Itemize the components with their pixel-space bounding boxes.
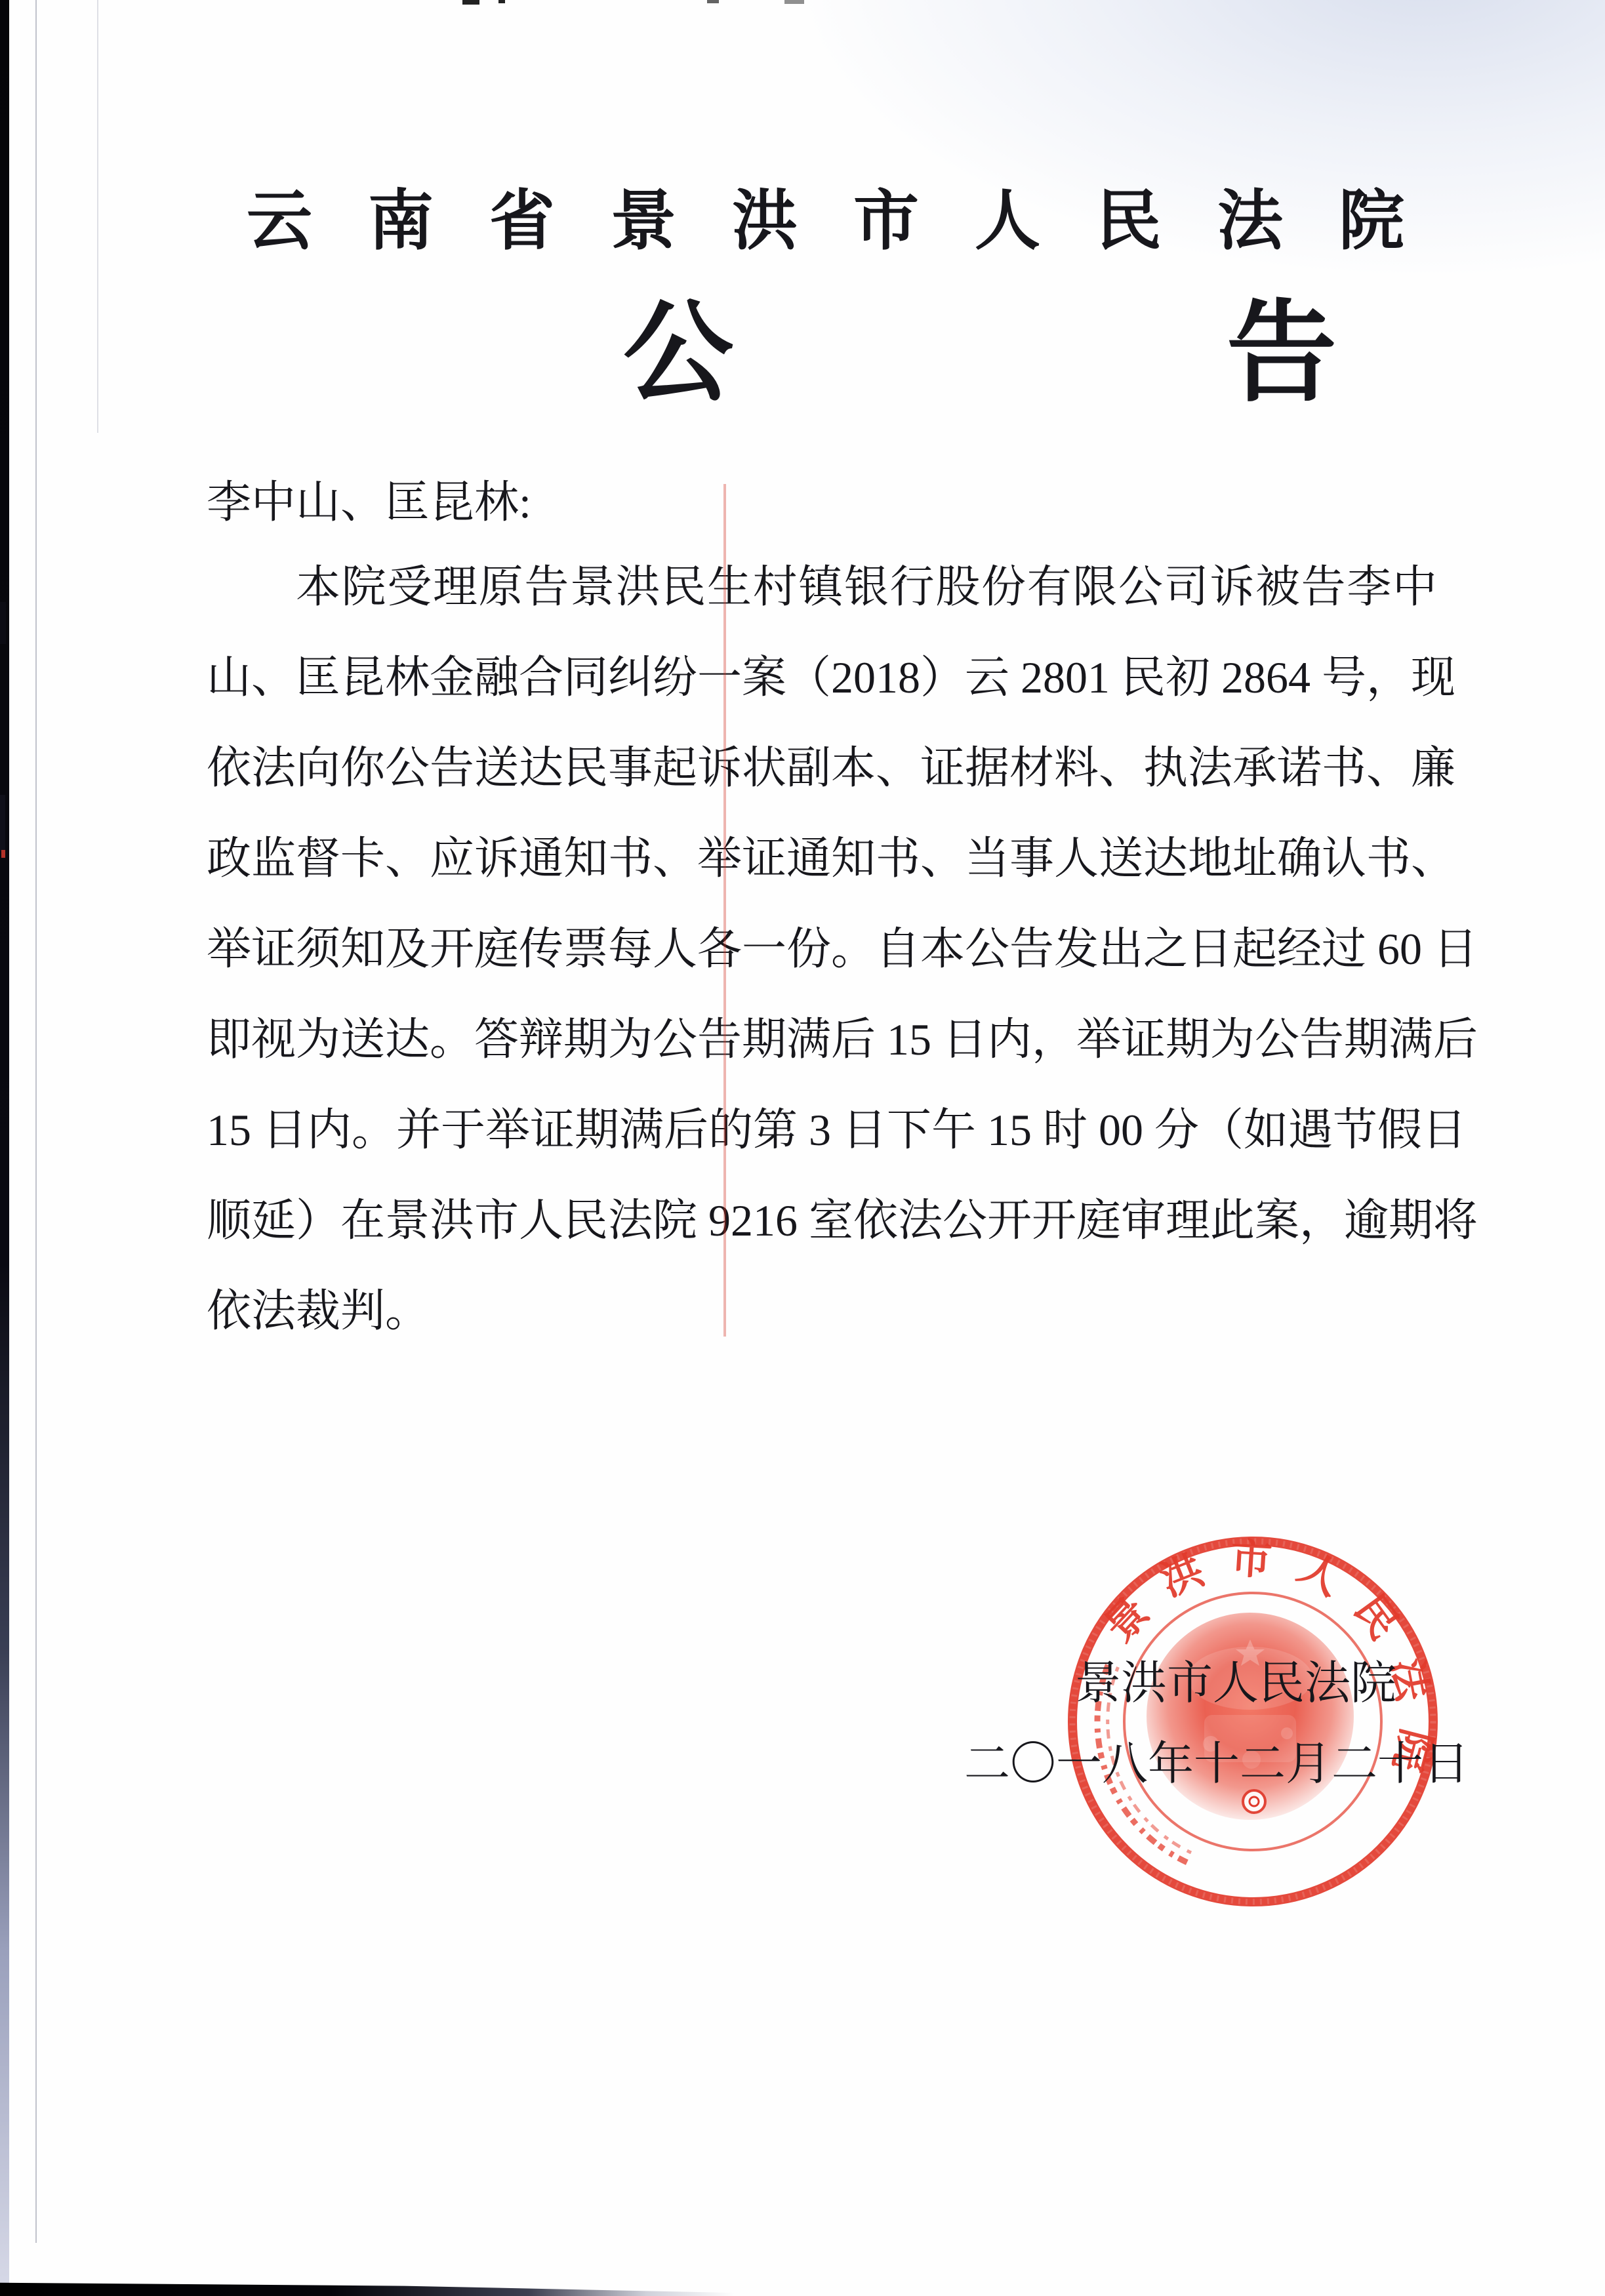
scan-speck xyxy=(707,0,719,3)
official-court-seal: 景洪市人民法院 xyxy=(1049,1518,1456,1925)
scan-speck xyxy=(498,0,505,3)
scan-speck xyxy=(462,0,479,5)
scan-red-dot-artifact xyxy=(1,850,5,858)
body-line: 举证须知及开庭传票每人各一份。自本公告发出之日起经过 60 日 xyxy=(207,904,1437,994)
announcement-body: 本院受理原告景洪民生村镇银行股份有限公司诉被告李中 山、匡昆林金融合同纠纷一案（… xyxy=(207,542,1437,1356)
scanned-court-announcement: { "document": { "court_header": "云南省景洪市人… xyxy=(0,0,1605,2296)
body-line: 政监督卡、应诉通知书、举证通知书、当事人送达地址确认书、 xyxy=(207,813,1437,904)
body-line: 依法向你公告送达民事起诉状副本、证据材料、执法承诺书、廉 xyxy=(207,723,1437,813)
salutation: 李中山、匡昆林: xyxy=(207,471,531,534)
scan-speck xyxy=(784,0,804,4)
body-line: 本院受理原告景洪民生村镇银行股份有限公司诉被告李中 xyxy=(207,542,1437,632)
signature-date: 二〇一八年十二月二十日 xyxy=(964,1727,1469,1793)
body-line: 即视为送达。答辩期为公告期满后 15 日内，举证期为公告期满后 xyxy=(207,994,1437,1085)
body-line: 山、匡昆林金融合同纠纷一案（2018）云 2801 民初 2864 号，现 xyxy=(207,632,1437,723)
court-header: 云南省景洪市人民法院 xyxy=(247,186,1460,258)
document-page: 云南省景洪市人民法院 公 告 李中山、匡昆林: 本院受理原告景洪民生村镇银行股份… xyxy=(0,0,1605,2296)
scan-red-streak-artifact xyxy=(723,484,726,1337)
body-line: 顺延）在景洪市人民法院 9216 室依法公开开庭审理此案，逾期将 xyxy=(207,1175,1437,1266)
scan-edge-dash-artifact-2 xyxy=(0,795,5,851)
announcement-title: 公 告 xyxy=(623,294,1528,415)
scan-edge-dash-artifact xyxy=(0,602,6,644)
seal-graphic: 景洪市人民法院 xyxy=(1049,1518,1456,1925)
body-line: 依法裁判。 xyxy=(207,1266,1437,1356)
scan-bottom-edge-artifact xyxy=(0,2282,735,2296)
body-line: 15 日内。并于举证期满后的第 3 日下午 15 时 00 分（如遇节假日 xyxy=(207,1085,1437,1175)
scan-vertical-line-artifact-2 xyxy=(97,0,98,433)
scan-vertical-line-artifact xyxy=(35,0,37,2243)
signature-court-name: 景洪市人民法院 xyxy=(1075,1646,1396,1712)
scan-left-edge-artifact xyxy=(0,0,9,2296)
seal-bottom-ring-mark xyxy=(1243,1790,1265,1813)
